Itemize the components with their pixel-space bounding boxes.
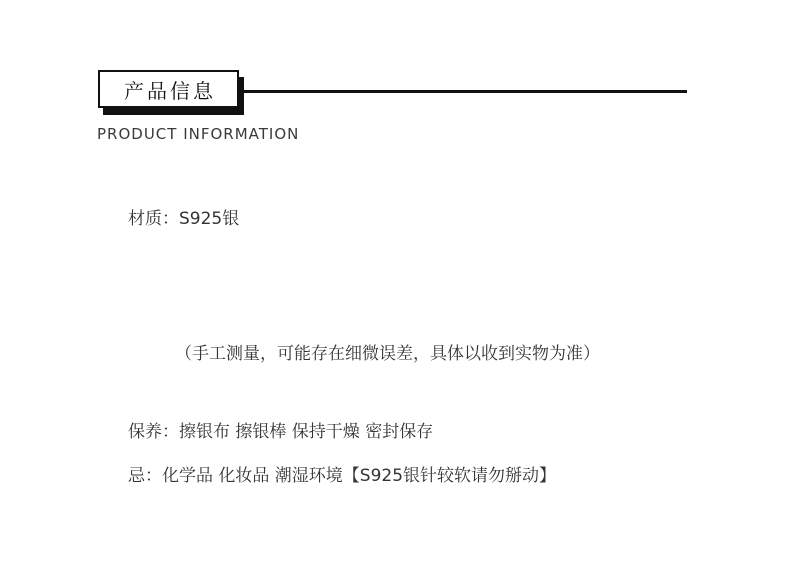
section-title-en: PRODUCT INFORMATION: [97, 125, 299, 143]
section-title-box: 产品信息: [98, 70, 239, 108]
section-title-cn: 产品信息: [121, 75, 216, 104]
measurement-note-text: （手工测量，可能存在细微误差，具体以收到实物为准）: [175, 339, 600, 364]
material-text: 材质：S925银: [128, 204, 239, 229]
care-instructions-text: 保养：擦银布 擦银棒 保持干燥 密封保存: [128, 417, 433, 442]
product-info-page: 产品信息 PRODUCT INFORMATION 材质：S925银 （手工测量，…: [0, 0, 790, 576]
header-rule: [240, 90, 687, 93]
avoid-warning-text: 忌：化学品 化妆品 潮湿环境【S925银针较软请勿掰动】: [128, 461, 556, 486]
